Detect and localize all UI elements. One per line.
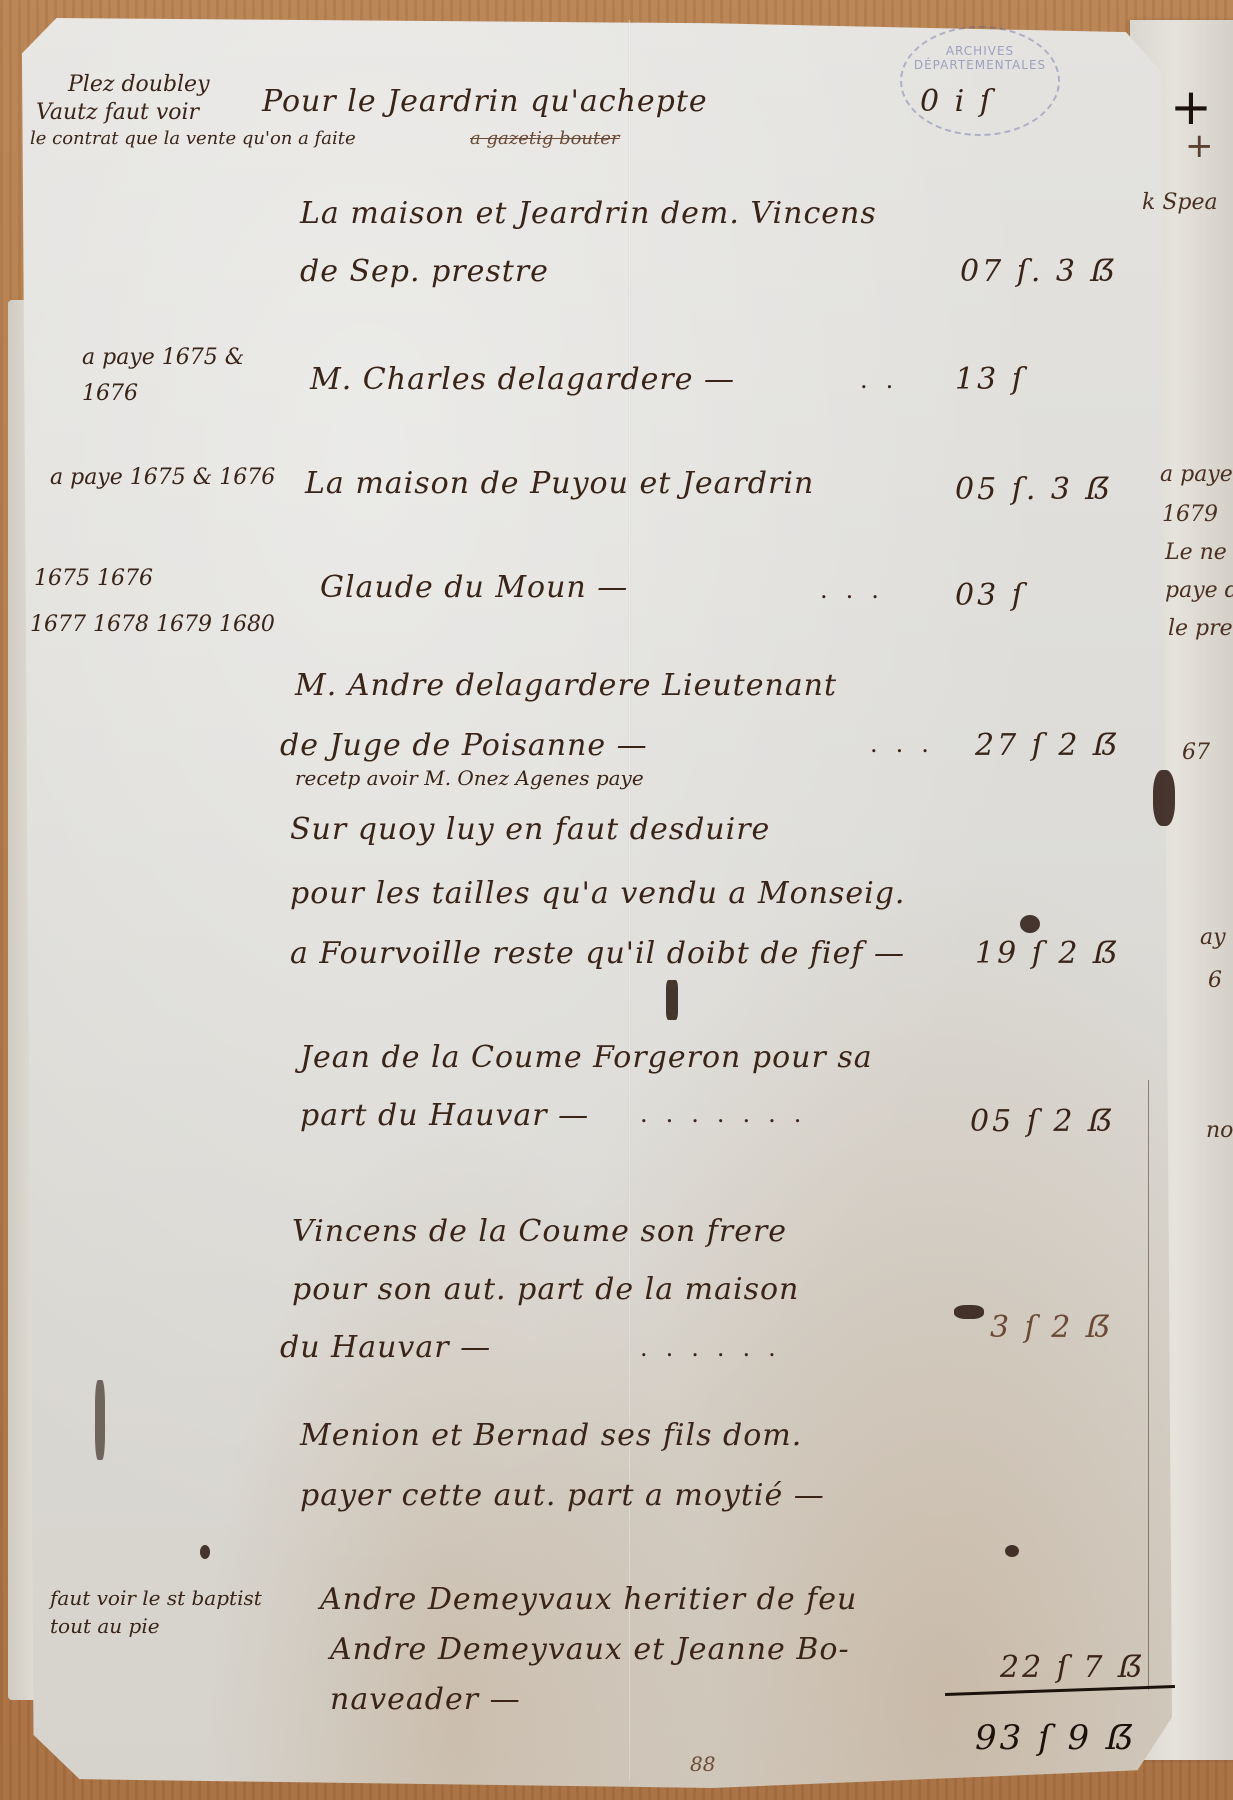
ink-mark-margin [95,1380,105,1460]
right-fragment-a-paye: a paye [1160,462,1233,487]
entry-1-line-1: de Sep. prestre [300,254,549,289]
ink-blot [954,1305,984,1319]
entry-10-margin: faut voir le st baptist tout au pie [50,1584,290,1640]
entry-10-line-0: Andre Demeyvaux heritier de feu [320,1582,857,1617]
entry-7-line-0: Jean de la Coume Forgeron pour sa [300,1040,873,1075]
dot-leader: ...... [640,1334,794,1362]
entry-5-margin: 1677 1678 1679 1680 [30,612,275,637]
entry-6-amount: 19 ſ 2 ẞ [975,936,1121,971]
right-fragment-67: 67 [1182,740,1210,765]
entry-8-line-2: du Hauvar — [280,1330,491,1365]
right-fragment-k-spea: k Spea [1142,190,1218,215]
entry-5-line-0: M. Andre delagardere Lieutenant [295,668,837,703]
margin-note-top-2: Vautz faut voir [36,100,199,125]
right-margin-rule [1148,1080,1149,1690]
entry-6-line-1: a Fourvoille reste qu'il doibt de fief — [290,936,905,971]
ink-blot [200,1545,210,1559]
right-fragment-1679: 1679 [1162,502,1218,527]
entry-1-line-0: La maison et Jeardrin dem. Vincens [300,196,877,231]
cross-mark-2: + [1185,126,1214,166]
margin-note-top-1: Plez doubley [68,72,210,97]
entry-5-line-3: Sur quoy luy en faut desduire [290,812,770,847]
entry-4-line-0: Glaude du Moun — [320,570,628,605]
archive-stamp: ARCHIVES DÉPARTEMENTALES [900,26,1060,136]
entry-4-amount: 03 ſ [955,578,1026,613]
entry-9-line-0: Menion et Bernad ses fils dom. [300,1418,802,1453]
entry-0-line-0: Pour le Jeardrin qu'achepte [262,84,708,119]
archive-stamp-text: ARCHIVES DÉPARTEMENTALES [914,44,1046,72]
entry-4-margin: 1675 1676 [34,566,153,591]
entry-7-line-1: part du Hauvar — [300,1098,589,1133]
dot-leader: .. [860,366,911,394]
margin-note-top-3: le contrat que la vente qu'on a faite [30,128,356,149]
entry-6-line-0: pour les tailles qu'a vendu a Monseig. [290,876,905,911]
right-fragment-le-ne: Le ne [1165,540,1227,565]
entry-9-line-1: payer cette aut. part a moytié — [300,1478,825,1513]
entry-5-amount: 27 ſ 2 ẞ [975,728,1121,763]
entry-10-line-1: Andre Demeyvaux et Jeanne Bo- [330,1632,850,1667]
bottom-mark: 88 [690,1752,715,1776]
right-fragment-ay: ay [1200,925,1226,950]
entry-2-line-0: M. Charles delagardere — [310,362,735,397]
entry-7-amount: 05 ſ 2 ẞ [970,1104,1116,1139]
dot-leader: ... [820,576,897,604]
ink-blot [1153,770,1175,826]
entry-8-line-0: Vincens de la Coume son frere [292,1214,787,1249]
right-fragment-6: 6 [1208,968,1222,993]
dot-leader: ... [870,730,947,758]
entry-5-line-1: de Juge de Poisanne — [280,728,648,763]
right-fragment-no: no [1206,1118,1233,1143]
margin-note-top-strike: a gazetig bouter [470,128,620,149]
entry-2-margin: a paye 1675 & 1676 [82,340,262,412]
entry-8-amount: 3 ſ 2 ẞ [990,1310,1114,1345]
entry-3-line-0: La maison de Puyou et Jeardrin [305,466,814,501]
ink-blot [666,980,678,1020]
page-total: 93 ſ 9 ẞ [975,1718,1137,1758]
ink-blot [1005,1545,1019,1557]
entry-3-margin: a paye 1675 & 1676 [50,460,280,496]
dot-leader: ....... [640,1100,819,1128]
entry-8-line-1: pour son aut. part de la maison [292,1272,799,1307]
entry-0-amount: 0 i ſ [920,84,994,119]
entry-2-amount: 13 ſ [955,362,1026,397]
right-fragment-paye-d: paye d [1165,578,1233,603]
ink-blot [1020,915,1040,933]
entry-10-line-2: naveader — [330,1682,521,1717]
entry-5-line-2: recetp avoir M. Onez Agenes paye [295,766,644,790]
right-fragment-le-pre: le pre [1168,616,1233,641]
entry-1-amount: 07 ſ. 3 ẞ [960,254,1118,289]
entry-10-amount: 22 ſ 7 ẞ [1000,1650,1146,1685]
entry-3-amount: 05 ſ. 3 ẞ [955,472,1113,507]
